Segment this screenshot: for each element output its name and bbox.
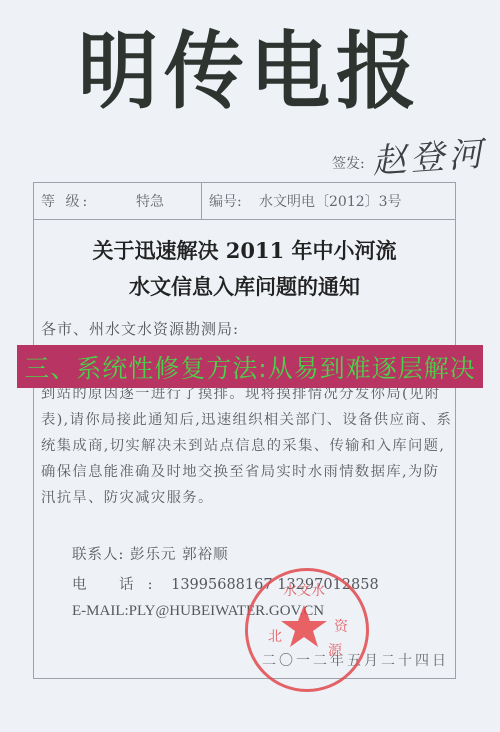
number-cell: 编号: 水文明电〔2012〕3号 [202,183,402,219]
contact-persons: 联系人: 彭乐元 郭裕顺 [72,543,229,564]
number-label: 编号: [209,191,259,211]
level-cell: 等 级: 特急 [34,183,202,219]
salutation: 各市、州水文水资源勘测局: [41,318,239,339]
level-value: 特急 [136,191,164,211]
document-frame: 等 级: 特急 编号: 水文明电〔2012〕3号 关于迅速解决 2011 年中小… [33,182,456,679]
contact-person-label: 联系人: [72,547,124,563]
contact-phone-label: 电 话: [72,577,167,593]
svg-text:源: 源 [328,643,343,659]
signer-label: 签发: [332,153,365,173]
heading-line-2: 水文信息入库问题的通知 [34,271,455,301]
signature: 赵登河 [370,126,487,183]
number-value: 水文明电〔2012〕3号 [259,191,402,211]
level-label: 等 级: [41,191,136,211]
svg-text:水文水: 水文水 [283,582,325,599]
overlay-banner: 三、系统性修复方法:从易到难逐层解决 [17,345,483,388]
meta-row: 等 级: 特急 编号: 水文明电〔2012〕3号 [34,183,455,220]
svg-text:北: 北 [268,629,282,645]
heading-line-1: 关于迅速解决 2011 年中小河流 [34,235,455,265]
svg-text:资: 资 [334,619,349,635]
contact-person-names: 彭乐元 郭裕顺 [130,547,229,563]
official-seal: 水文水 北 资 源 [245,568,369,692]
page-title: 明传电报 [70,30,430,114]
star-icon: 水文水 北 资 源 [248,571,360,683]
body-paragraph: 到站的原因逐一进行了摸排。现将摸排情况分发你局(见附表),请你局接此通知后,迅速… [41,381,453,511]
